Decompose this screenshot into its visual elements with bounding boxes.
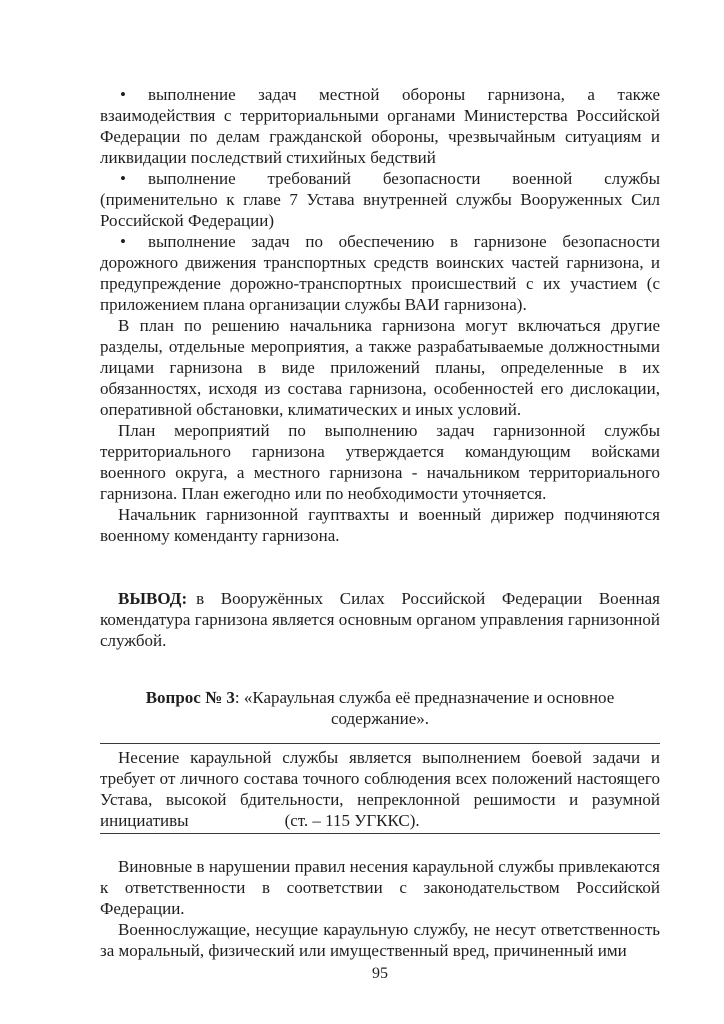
bullet-item-safety-requirements: •выполнение требований безопасности воен… xyxy=(100,168,660,231)
bullet-text: выполнение требований безопасности военн… xyxy=(100,169,660,230)
document-page: •выполнение задач местной обороны гарниз… xyxy=(0,0,724,1024)
page-number: 95 xyxy=(100,963,660,984)
statute-reference: (ст. – 115 УГККС). xyxy=(285,811,420,830)
bullet-text: выполнение задач местной обороны гарнизо… xyxy=(100,85,660,167)
bullet-icon: • xyxy=(120,169,126,188)
bullet-text: выполнение задач по обеспечению в гарниз… xyxy=(100,232,660,314)
bullet-item-traffic-safety: •выполнение задач по обеспечению в гарни… xyxy=(100,231,660,315)
paragraph-guardhouse-chief: Начальник гарнизонной гауптвахты и военн… xyxy=(100,504,660,546)
statute-quote-block: Несение караульной службы является выпол… xyxy=(100,743,660,834)
conclusion-label: ВЫВОД: xyxy=(118,589,187,608)
paragraph-plan-approval: План мероприятий по выполнению задач гар… xyxy=(100,420,660,504)
conclusion-paragraph: ВЫВОД:в Вооружённых Силах Российской Фед… xyxy=(100,588,660,651)
bullet-icon: • xyxy=(120,85,126,104)
bullet-item-local-defense: •выполнение задач местной обороны гарниз… xyxy=(100,84,660,168)
bullet-icon: • xyxy=(120,232,126,251)
question-heading: Вопрос № 3: «Караульная служба её предна… xyxy=(100,687,660,729)
text-area: •выполнение задач местной обороны гарниз… xyxy=(100,84,660,984)
paragraph-guard-duty-liability: Военнослужащие, несущие караульную служб… xyxy=(100,919,660,961)
paragraph-plan-sections: В план по решению начальника гарнизона м… xyxy=(100,315,660,420)
paragraph-violators-liability: Виновные в нарушении правил несения кара… xyxy=(100,856,660,919)
question-heading-text: : «Караульная служба её предназначение и… xyxy=(235,688,614,728)
question-heading-label: Вопрос № 3 xyxy=(146,688,235,707)
